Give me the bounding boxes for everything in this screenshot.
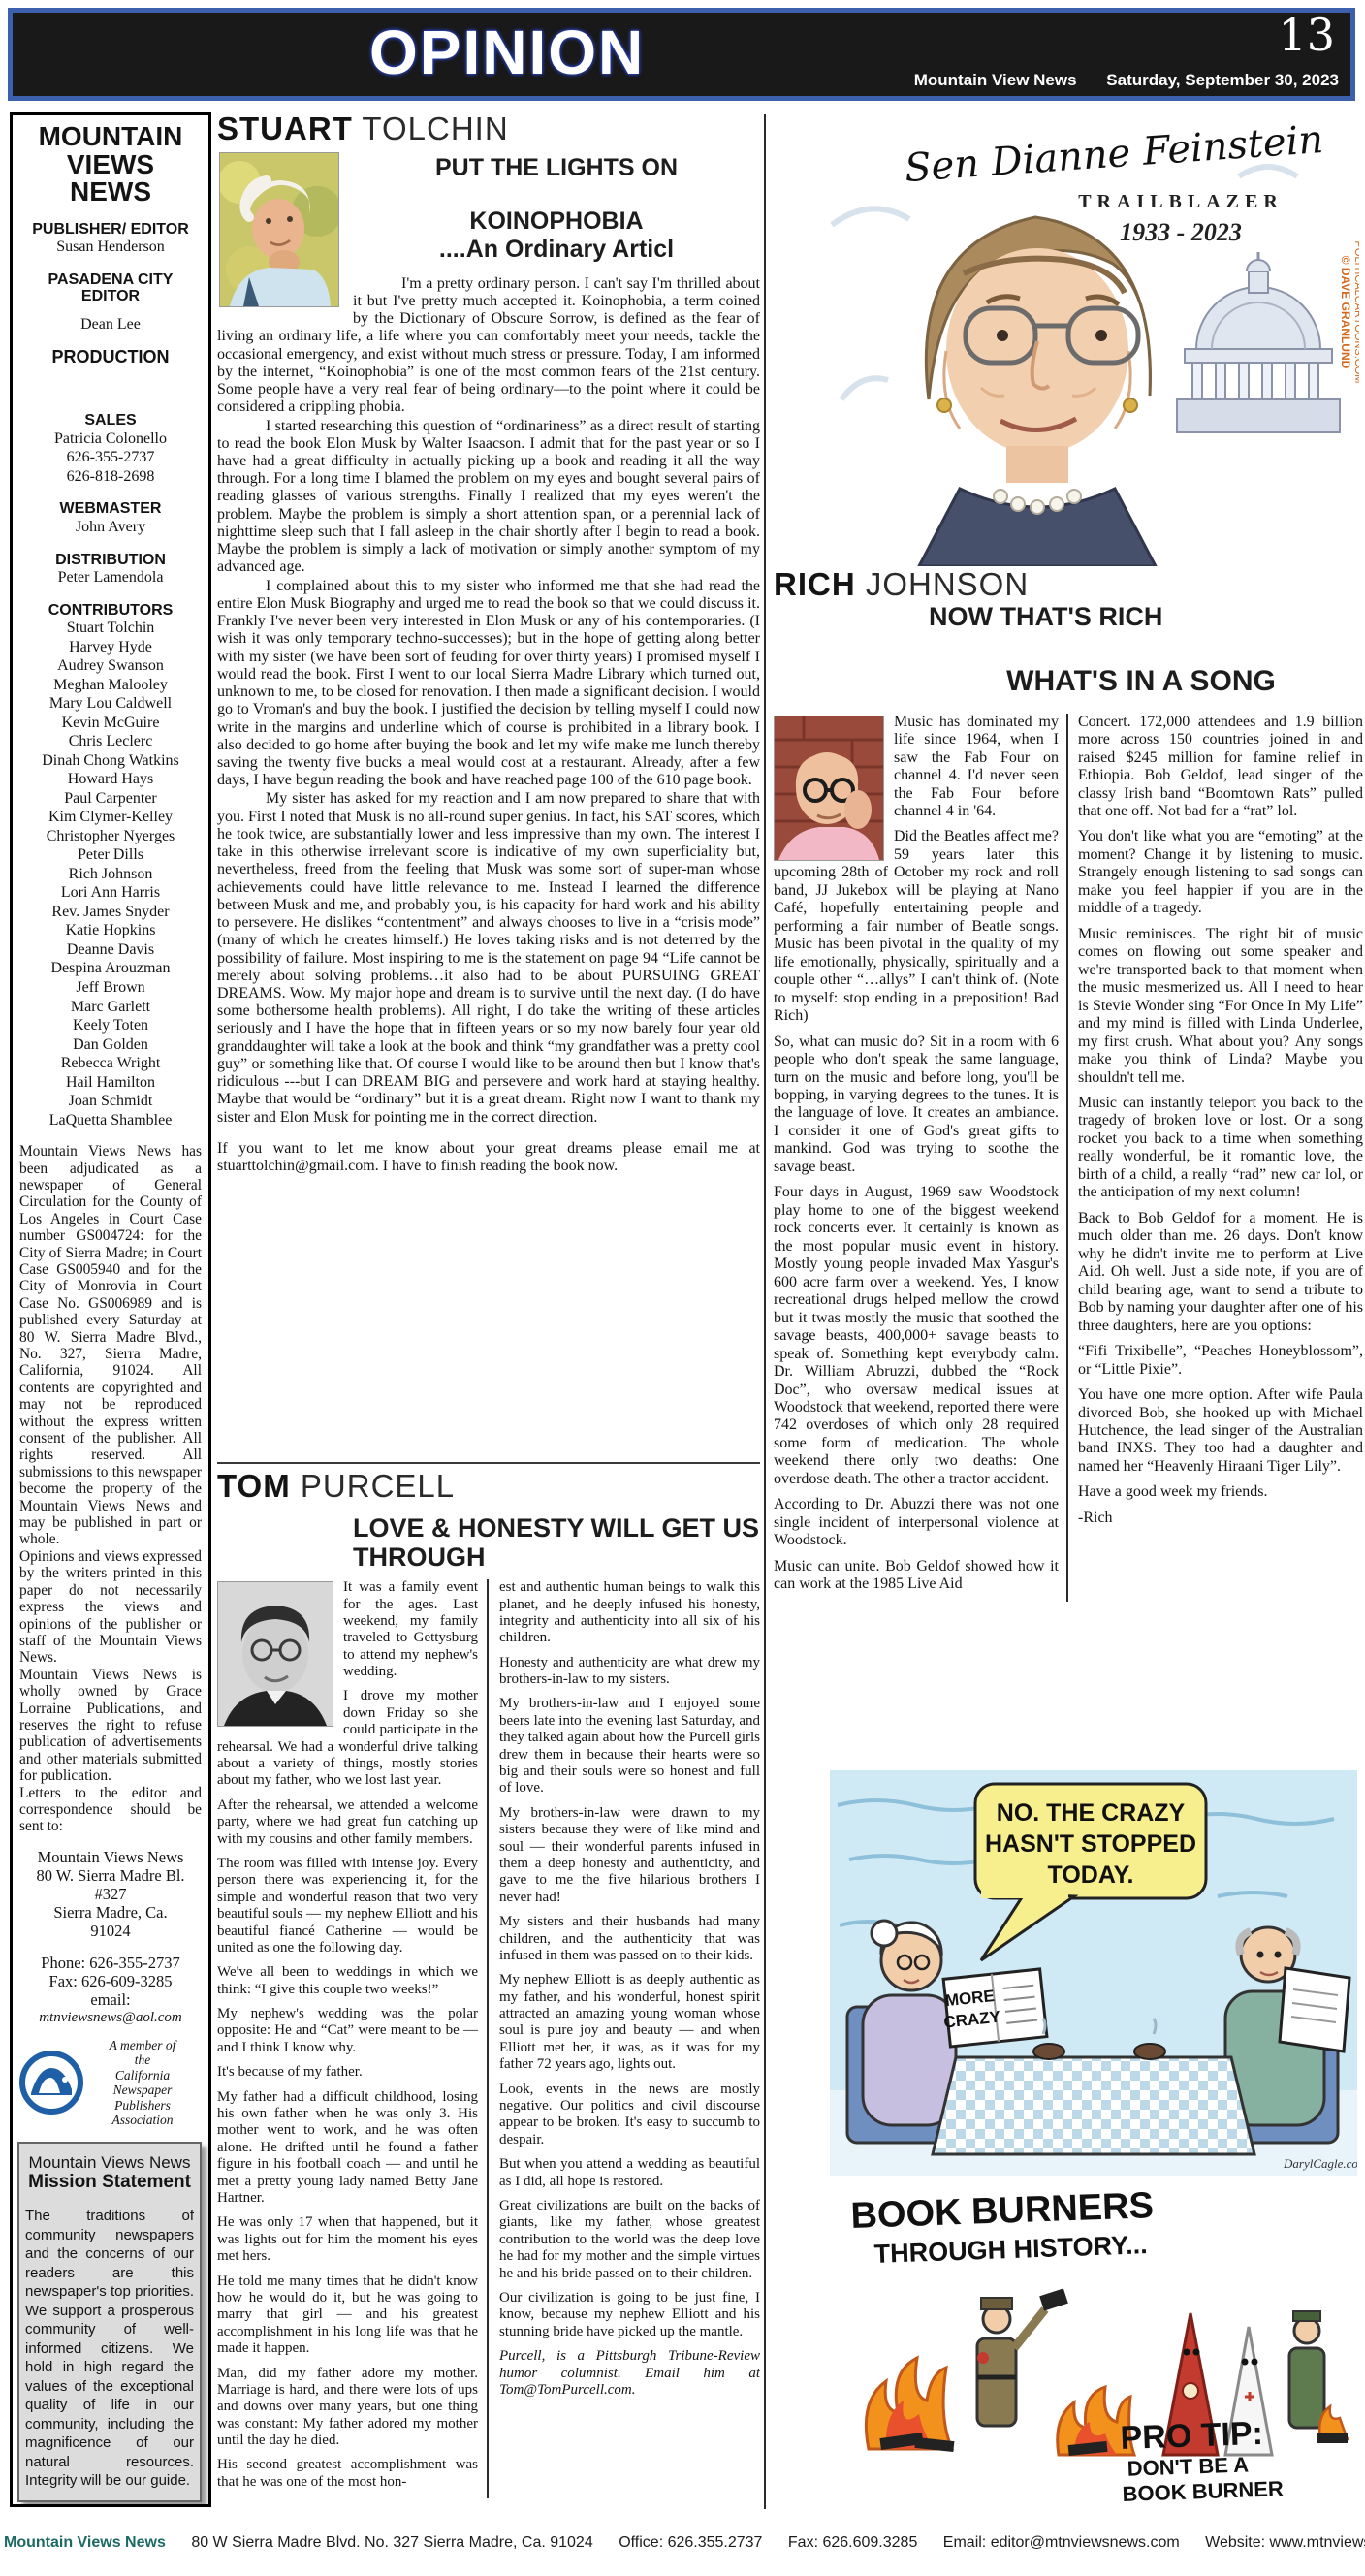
footer-office-phone: Office: 626.355.2737 xyxy=(619,2534,762,2551)
stuart-headshot-photo xyxy=(219,152,339,307)
rich-headline: WHAT'S IN A SONG xyxy=(919,665,1363,698)
mission-title: Mission Statement xyxy=(25,2172,194,2193)
publisher-block: PUBLISHER/ EDITOR Susan Henderson xyxy=(19,221,202,257)
feinstein-editorial-cartoon: Sen Dianne Feinstein TRAILBLAZER 1933 - … xyxy=(774,109,1359,566)
legal-notice: Mountain Views News has been adjudicated… xyxy=(19,1143,202,1835)
city-editor-title: PASADENA CITY EDITOR xyxy=(19,271,202,305)
cnpa-membership: A member oftheCaliforniaNewspaperPublish… xyxy=(19,2038,202,2128)
purcell-byline: TOM PURCELL xyxy=(217,1470,760,1504)
webmaster-block: WEBMASTER John Avery xyxy=(19,500,202,536)
section-divider xyxy=(217,1462,760,1464)
publisher-title: PUBLISHER/ EDITOR xyxy=(19,221,202,239)
more-crazy-newspaper: MORE CRAZY xyxy=(939,1969,1047,2048)
purcell-column-left: It was a family event for the ages. Last… xyxy=(217,1579,489,2498)
sales-title: SALES xyxy=(19,412,202,429)
contact-lines: Phone: 626-355-2737Fax: 626-609-3285emai… xyxy=(19,1955,202,2010)
footer-fax: Fax: 626.609.3285 xyxy=(788,2534,917,2551)
production-block: PRODUCTION xyxy=(19,348,202,367)
mission-body: The traditions of community newspapers a… xyxy=(25,2207,194,2491)
footer-website: Website: www.mtnviewsnews.com xyxy=(1205,2534,1365,2551)
mission-statement-box: Mountain Views News Mission Statement Th… xyxy=(17,2142,202,2502)
feinstein-cartoon-credit-site: POLITICALCARTOONS.COM xyxy=(1352,241,1359,384)
bubble-line-3: TODAY. xyxy=(1048,1861,1134,1889)
webmaster-name: John Avery xyxy=(19,518,202,537)
webmaster-title: WEBMASTER xyxy=(19,500,202,518)
feinstein-years: 1933 - 2023 xyxy=(1120,218,1242,246)
rich-byline: RICH JOHNSON xyxy=(774,568,1363,602)
stuart-email-note: If you want to let me know about your gr… xyxy=(217,1140,760,1175)
publisher-name: Susan Henderson xyxy=(19,238,202,257)
rich-column-right: Concert. 172,000 attendees and 1.9 billi… xyxy=(1068,714,1363,1602)
footer-email: Email: editor@mtnviewsnews.com xyxy=(943,2534,1180,2551)
article-stuart-tolchin: STUART TOLCHIN PUT THE LIGHTS ON KOINOPH… xyxy=(217,112,760,1458)
rich-right-text: Concert. 172,000 attendees and 1.9 billi… xyxy=(1078,714,1363,1502)
distribution-block: DISTRIBUTION Peter Lamendola xyxy=(19,552,202,588)
contributors-list: Stuart TolchinHarvey HydeAudrey SwansonM… xyxy=(19,619,202,1129)
feinstein-label: TRAILBLAZER xyxy=(1078,191,1284,212)
stuart-body-text: I'm a pretty ordinary person. I can't sa… xyxy=(217,275,760,1127)
newspaper-opinion-page: { "header": { "section_title": "OPINION"… xyxy=(0,0,1365,2576)
stuart-byline: STUART TOLCHIN xyxy=(217,112,760,146)
cnpa-logo-icon xyxy=(19,2051,83,2115)
stuart-kicker: PUT THE LIGHTS ON xyxy=(345,154,760,182)
purcell-first-name: TOM xyxy=(217,1470,291,1504)
feinstein-portrait-drawing xyxy=(919,217,1156,566)
stuart-headline: KOINOPHOBIA xyxy=(345,207,760,236)
crazy-news-editorial-cartoon: NO. THE CRAZY HASN'T STOPPED TODAY. MORE… xyxy=(830,1770,1357,2509)
article-tom-purcell: TOM PURCELL LOVE & HONESTY WILL GET US T… xyxy=(217,1470,760,2513)
production-title: PRODUCTION xyxy=(19,348,202,367)
purcell-headline: LOVE & HONESTY WILL GET US THROUGH xyxy=(353,1513,760,1572)
purcell-tagline: Purcell, is a Pittsburgh Tribune-Review … xyxy=(499,2348,760,2399)
footer-address: 80 W Sierra Madre Blvd. No. 327 Sierra M… xyxy=(191,2534,592,2551)
bubble-line-2: HASN'T STOPPED xyxy=(985,1830,1196,1858)
cartoon-credit: DarylCagle.com xyxy=(1283,2156,1357,2171)
rich-headshot-photo xyxy=(774,716,884,861)
purcell-column-right: est and authentic human beings to walk t… xyxy=(489,1579,760,2498)
mission-title-paper: Mountain Views News xyxy=(25,2153,194,2173)
sales-block: SALES Patricia Colonello626-355-2737626-… xyxy=(19,412,202,486)
stuart-subheadline: ....An Ordinary Articl xyxy=(345,236,760,264)
contributors-title: CONTRIBUTORS xyxy=(19,602,202,620)
feinstein-cartoon-credit: © DAVE GRANLUND xyxy=(1339,256,1352,369)
cnpa-text: A member oftheCaliforniaNewspaperPublish… xyxy=(83,2038,202,2128)
protip-label: PRO TIP: xyxy=(1120,2415,1264,2457)
rich-signoff: -Rich xyxy=(1078,1510,1363,1527)
stuart-last-name: TOLCHIN xyxy=(353,112,509,146)
contact-email: mtnviewsnews@aol.com xyxy=(19,2010,202,2026)
rich-kicker: NOW THAT'S RICH xyxy=(929,602,1363,632)
protip-line1: DON'T BE A xyxy=(1127,2452,1249,2480)
city-editor-name: Dean Lee xyxy=(19,315,202,334)
purcell-headshot-photo xyxy=(217,1581,333,1727)
page-footer: Mountain Views News 80 W Sierra Madre Bl… xyxy=(4,2534,1363,2552)
bottom-cartoon-drawing: NO. THE CRAZY HASN'T STOPPED TODAY. MORE… xyxy=(830,1770,1357,2509)
distribution-name: Peter Lamendola xyxy=(19,568,202,588)
purcell-right-text: est and authentic human beings to walk t… xyxy=(499,1579,760,2340)
page-header-banner: OPINION 13 Mountain View News Saturday, … xyxy=(8,8,1355,101)
rich-last-name: JOHNSON xyxy=(856,568,1030,602)
feinstein-cartoon-drawing: Sen Dianne Feinstein TRAILBLAZER 1933 - … xyxy=(774,109,1359,566)
contributors-block: CONTRIBUTORS Stuart TolchinHarvey HydeAu… xyxy=(19,602,202,1130)
masthead-sidebar: MOUNTAINVIEWSNEWS PUBLISHER/ EDITOR Susa… xyxy=(10,112,211,2507)
header-dateline: Mountain View News Saturday, September 3… xyxy=(889,71,1339,90)
stuart-first-name: STUART xyxy=(217,112,353,146)
rich-column-left: Music has dominated my life since 1964, … xyxy=(774,714,1068,1602)
header-date: Saturday, September 30, 2023 xyxy=(1106,71,1339,89)
mailing-address: Mountain Views News80 W. Sierra Madre Bl… xyxy=(19,1849,202,1941)
distribution-title: DISTRIBUTION xyxy=(19,552,202,569)
rich-first-name: RICH xyxy=(774,568,856,602)
purcell-last-name: PURCELL xyxy=(291,1470,455,1504)
masthead-title: MOUNTAINVIEWSNEWS xyxy=(19,123,202,207)
column-rule xyxy=(764,114,766,2509)
footer-brand: Mountain Views News xyxy=(4,2534,166,2551)
bubble-line-1: NO. THE CRAZY xyxy=(997,1799,1186,1827)
header-paper-name: Mountain View News xyxy=(914,71,1077,89)
section-title: OPINION xyxy=(369,16,645,88)
page-number: 13 xyxy=(1278,9,1335,61)
article-rich-johnson: RICH JOHNSON NOW THAT'S RICH WHAT'S IN A… xyxy=(770,568,1363,1766)
city-editor-block: PASADENA CITY EDITOR Dean Lee xyxy=(19,271,202,334)
sales-lines: Patricia Colonello626-355-2737626-818-26… xyxy=(19,429,202,487)
